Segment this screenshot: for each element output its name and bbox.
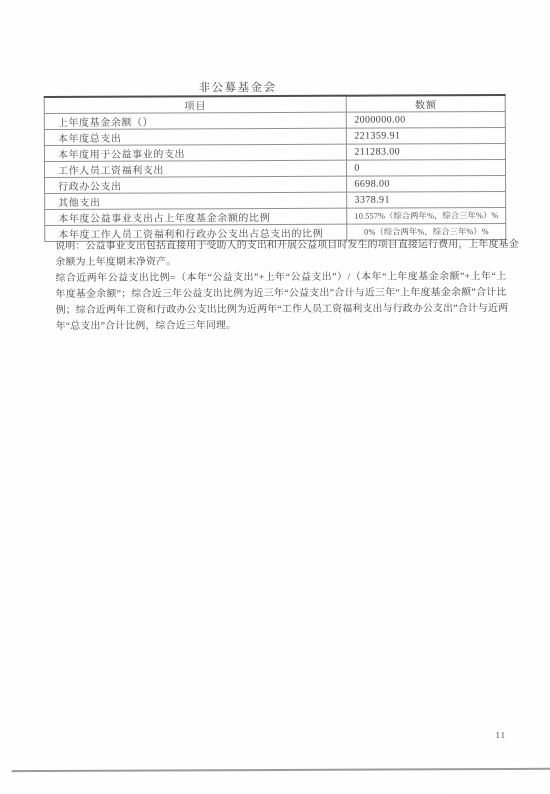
row-value: 2000000.00 — [347, 111, 506, 128]
row-label: 本年度用于公益事业的支出 — [44, 144, 346, 161]
explanation-note: 说明：公益事业支出包括直接用于受助人的支出和开展公益项目时发生的项目直接运行费用… — [55, 237, 506, 336]
scanned-document-page: 非公募基金会 项目 数额 上年度基金余额（） 2000000.00 本年度总支出… — [0, 0, 550, 794]
note-line: 例；综合近两年工资和行政办公支出比例为近两年“工作人员工资福利支出与行政办公支出… — [56, 301, 507, 319]
row-label: 其他支出 — [45, 192, 347, 209]
row-value: 221359.91 — [347, 127, 506, 144]
row-label: 行政办公支出 — [45, 176, 347, 193]
row-value: 10.557%（综合两年%，综合三年%）% — [347, 207, 506, 224]
page-number: 11 — [495, 730, 506, 740]
column-header-item: 项目 — [44, 96, 346, 114]
note-line: 说明：公益事业支出包括直接用于受助人的支出和开展公益项目时发生的项目直接运行费用… — [55, 237, 506, 255]
row-value: 3378.91 — [347, 191, 506, 208]
row-value: 0 — [347, 159, 506, 176]
row-value: 6698.00 — [347, 175, 506, 192]
row-value: 211283.00 — [347, 143, 506, 160]
row-label: 工作人员工资福利支出 — [44, 160, 346, 177]
note-line: 年度基金余额”；综合近三年公益支出比例为近三年“公益支出”合计与近三年“上年度基… — [56, 285, 507, 303]
row-label: 本年度总支出 — [44, 128, 346, 145]
note-line: 综合近两年公益支出比例=（本年“公益支出”+上年“公益支出”）/（本年“上年度基… — [55, 269, 506, 287]
row-label: 上年度基金余额（） — [44, 112, 346, 129]
note-line: 余额为上年度期末净资产。 — [55, 253, 506, 271]
column-header-amount: 数额 — [347, 95, 506, 112]
row-label: 本年度公益事业支出占上年度基金余额的比例 — [45, 208, 347, 225]
foundation-expenditure-table: 项目 数额 上年度基金余额（） 2000000.00 本年度总支出 221359… — [44, 94, 507, 242]
table-header-row: 项目 数额 — [44, 95, 505, 114]
footer-divider-line — [12, 768, 550, 772]
note-line: 年“总支出”合计比例，综合近三年同理。 — [56, 317, 507, 335]
